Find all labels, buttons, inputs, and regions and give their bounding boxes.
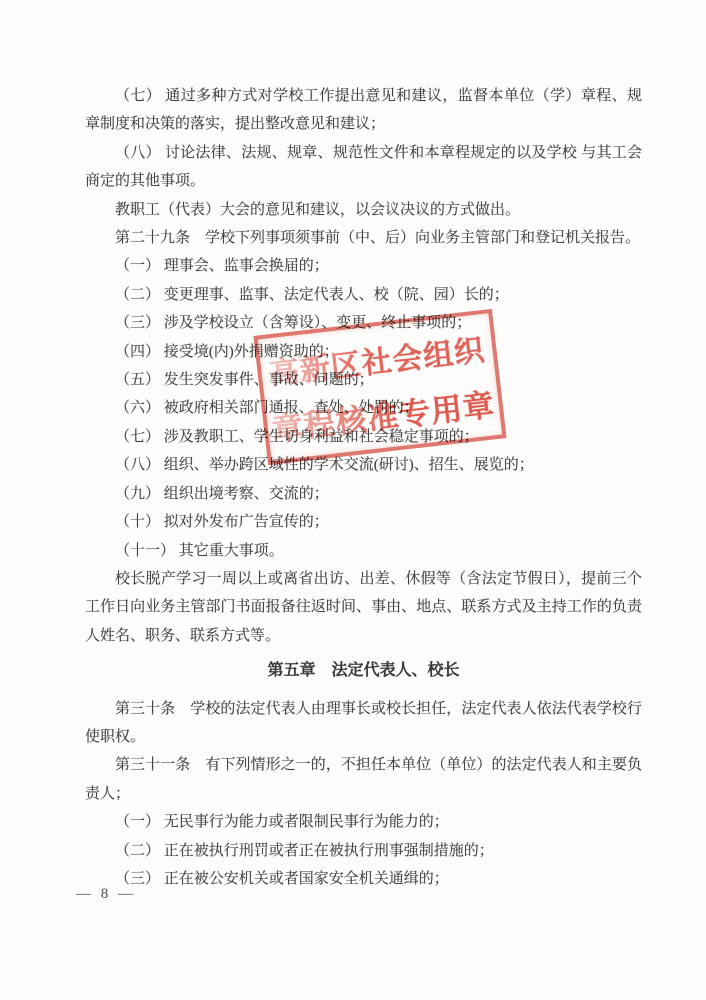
paragraph-7: （三） 涉及学校设立（含筹设）、变更、终止事项的； [85,309,642,337]
page-number: — 8 — [76,886,136,903]
paragraph-10: （六） 被政府相关部门通报、查处、处罚的； [85,394,642,422]
paragraph-6: （二） 变更理事、监事、法定代表人、校（院、园）长的； [85,281,642,309]
paragraph-1: （七） 通过多种方式对学校工作提出意见和建议，监督本单位（学）章程、规章制度和决… [85,82,642,139]
paragraph-18: 第三十条 学校的法定代表人由理事长或校长担任，法定代表人依法代表学校行使职权。 [85,695,642,752]
paragraph-2: （八） 讨论法律、法规、规章、规范性文件和本章程规定的以及学校 与其工会商定的其… [85,139,642,196]
paragraph-9: （五） 发生突发事件、事故、问题的； [85,366,642,394]
paragraph-11: （七） 涉及教职工、学生切身利益和社会稳定事项的； [85,423,642,451]
paragraph-12: （八） 组织、举办跨区域性的学术交流(研讨)、招生、展览的； [85,451,642,479]
paragraph-19: 第三十一条 有下列情形之一的，不担任本单位（单位）的法定代表人和主要负责人； [85,751,642,808]
paragraph-3: 教职工（代表）大会的意见和建议，以会议决议的方式做出。 [85,196,642,224]
paragraph-16: 校长脱产学习一周以上或离省出访、出差、休假等（含法定节假日），提前三个工作日向业… [85,565,642,650]
paragraph-4: 第二十九条 学校下列事项须事前（中、后）向业务主管部门和登记机关报告。 [85,224,642,252]
paragraph-22: （三） 正在被公安机关或者国家安全机关通缉的； [85,865,642,893]
paragraph-13: （九） 组织出境考察、交流的； [85,480,642,508]
paragraph-8: （四） 接受境(内)外捐赠资助的； [85,338,642,366]
chapter-heading: 第五章 法定代表人、校长 [85,657,642,685]
document-body: （七） 通过多种方式对学校工作提出意见和建议，监督本单位（学）章程、规章制度和决… [85,82,642,893]
paragraph-21: （二） 正在被执行刑罚或者正在被执行刑事强制措施的； [85,837,642,865]
paragraph-15: （十一） 其它重大事项。 [85,537,642,565]
paragraph-20: （一） 无民事行为能力或者限制民事行为能力的； [85,808,642,836]
paragraph-14: （十） 拟对外发布广告宣传的； [85,508,642,536]
paragraph-5: （一） 理事会、监事会换届的； [85,252,642,280]
document-page: （七） 通过多种方式对学校工作提出意见和建议，监督本单位（学）章程、规章制度和决… [0,0,706,1000]
